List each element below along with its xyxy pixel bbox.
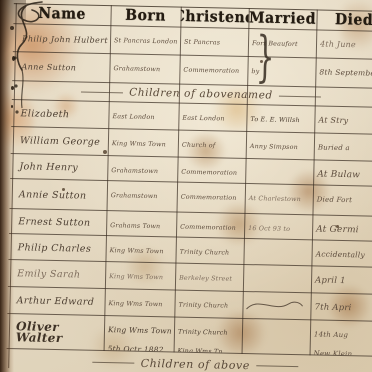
column-header-born: Born (125, 7, 166, 25)
christened-cell: Berkeley Street Chapel K.W.T. 4 April 18… (178, 275, 232, 291)
died-cell: Buried a Cemet 26 Dec 194 (317, 143, 360, 160)
born-cell: King Wms Town 15th Nov 1880 (108, 300, 163, 316)
name-cell: Philip Charles (17, 235, 103, 261)
died-cell: Died Fort Boulton 16th Octob (316, 195, 358, 215)
separator-text: Children of abovenamed (129, 87, 273, 102)
christened-cell: East London 1862 ; by Rev. E. A. Lees (182, 115, 232, 131)
separator-rule (279, 95, 321, 97)
died-cell: At Bulaw (317, 169, 360, 180)
born-cell: King Wms Town 14th March 1875 (109, 273, 168, 289)
married-cell: At Charlestown Natal by Rev C. Hepburn o… (247, 195, 302, 214)
born-cell: East London 26 July 1862 (112, 113, 155, 129)
marriage-brace: } (256, 26, 276, 89)
born-cell: St Pancras London 22nd December 1832 (113, 37, 177, 54)
register-table: Name Born Christend Married Died Philip … (6, 0, 372, 372)
christened-cell: Commemoration Chapel Grahams Town 1839 (182, 67, 239, 85)
christened-cell: Commemoration Chapel Grahams Town by Rev… (179, 194, 240, 213)
christened-cell: Trinity Church King Wms Tn Oct. 1882 (177, 329, 228, 353)
separator-rule (93, 361, 135, 363)
born-cell: Grahamstown 10th May 1866 (111, 167, 162, 181)
name-cell: William George (20, 128, 107, 155)
died-cell: At Germi (316, 224, 359, 235)
separator-rule (256, 365, 298, 367)
name-cell: John Henry (19, 155, 105, 180)
name-cell: Emily Sarah (17, 261, 104, 288)
christened-cell: Commemoration Chapel Grah. Town Rev. Sar… (179, 224, 237, 238)
died-cell: 8th Septembe at Roodepoo (319, 67, 372, 87)
name-cell: Oliver Walter (16, 315, 103, 350)
died-cell: April 1 at Graha (315, 275, 354, 293)
married-cell: Anny Simpson (born 5 May) 2 June 1887, b… (249, 143, 303, 159)
died-cell: Accidentally 6th May at York (315, 249, 365, 266)
name-cell: Arthur Edward (16, 288, 103, 315)
blank-swash-mark (244, 298, 304, 315)
separator-text: Children of above (141, 356, 251, 371)
born-cell: King Wms Town 5th Octr 1882 (108, 325, 172, 351)
died-cell: 4th June King W (320, 40, 356, 59)
column-header-christened: Christend (180, 8, 248, 27)
christened-cell: Commemoration Chapel Grahamstown by Rev.… (180, 169, 238, 183)
born-cell: Grahams Town 15th Jany 1870 (110, 222, 161, 236)
christened-cell: Church of England Grahamstown by Rev. Co… (180, 142, 238, 158)
book-corner-shadow (0, 0, 26, 60)
separator-rule (81, 91, 123, 93)
christened-cell: Trinity Church K. W. Town 1st March 1872 (179, 249, 233, 264)
name-cell: Annie Sutton (19, 180, 106, 210)
christened-cell: Trinity Church King Wms Tn 5 Decr 1880 (178, 302, 229, 318)
died-cell: At Stry Orang 17th Jany (318, 115, 359, 133)
name-cell: Ernest Sutton (18, 210, 104, 235)
died-cell: 14th Aug New Klein Benoni (313, 330, 352, 355)
died-cell: 7th Apri King Wm (314, 302, 355, 320)
born-cell: Grahamstown 10 March 1839 (113, 65, 165, 83)
married-cell: 16 Oct 93 to Hilda Fisher at Stutterheim… (247, 225, 299, 239)
married-cell: To E. E. Willsh 14 March 1882 by Archd. … (249, 116, 302, 132)
christened-cell: St Pancras London 1833 (183, 39, 220, 56)
born-cell: Grahamstown 28 June 1868 (110, 192, 157, 211)
register-page-photo: Name Born Christend Married Died Philip … (0, 0, 372, 372)
born-cell: King Wms Town 27th May 1864 (111, 140, 166, 156)
column-header-died: Died (335, 11, 372, 29)
born-cell: King Wms Town 18 Feby 1872 (109, 247, 164, 262)
